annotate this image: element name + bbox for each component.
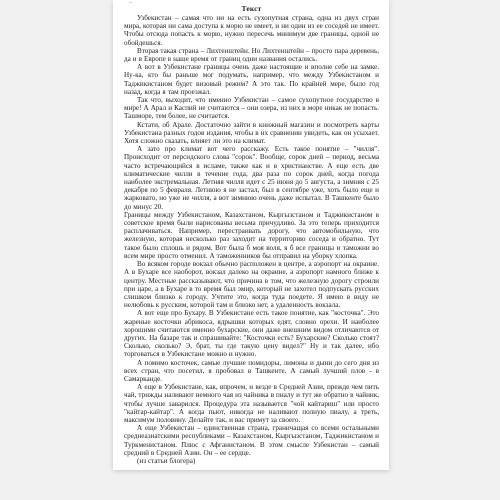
paragraph: А еще в Узбекистане, как, впрочем, и вез… bbox=[124, 383, 379, 424]
paragraph: А зато про климат вот чего расскажу. Ест… bbox=[124, 145, 379, 211]
document-body: Узбекистан – самая что ни на есть сухопу… bbox=[124, 14, 379, 465]
page-title: Текст bbox=[124, 5, 379, 13]
paragraph: А еще Узбекистан – единственная страна, … bbox=[124, 424, 379, 457]
paragraph: А помимо косточек, самые лучшие помидоры… bbox=[124, 359, 379, 384]
attribution: (из статьи блогера) bbox=[124, 457, 379, 465]
paragraph: Так что, выходит, что именно Узбекистан … bbox=[124, 96, 379, 121]
paragraph: Во всяком городе вокзал обычно расположе… bbox=[124, 260, 379, 309]
screenshot-canvas: – Текст Узбекистан – самая что ни на ест… bbox=[0, 0, 500, 500]
paragraph: Границы между Узбекистаном, Казахстаном,… bbox=[124, 211, 379, 260]
paragraph: Кстати, об Арале. Достаточно зайти в кни… bbox=[124, 121, 379, 146]
paragraph: А вот еще про Бухару. В Узбекистане есть… bbox=[124, 309, 379, 358]
paragraph: Вторая такая страна – Лихтенштейн. Но Ли… bbox=[124, 47, 379, 63]
page-header-mark: – bbox=[129, 0, 132, 6]
paragraph: А вот в Узбекистане границы очень даже н… bbox=[124, 63, 379, 96]
paragraph: Узбекистан – самая что ни на есть сухопу… bbox=[124, 14, 379, 47]
document-page: – Текст Узбекистан – самая что ни на ест… bbox=[113, 0, 389, 470]
